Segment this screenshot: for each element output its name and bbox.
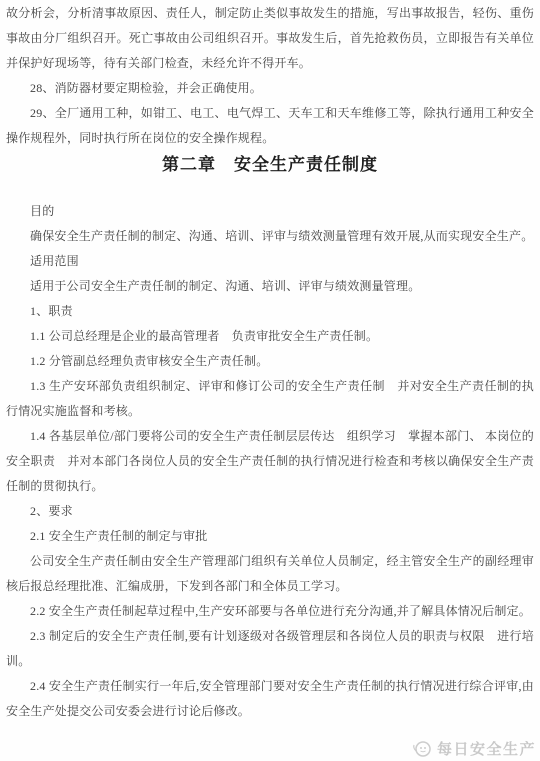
paragraph: 29、全厂通用工种，如钳工、电工、电气焊工、天车工和天车维修工等，除执行通用工种… [6,101,534,151]
paragraph: 适用于公司安全生产责任制的制定、沟通、培训、评审与绩效测量管理。 [6,274,534,299]
paragraph: 故分析会，分析清事故原因、责任人，制定防止类似事故发生的措施，写出事故报告，轻伤… [6,1,534,76]
watermark-label: 每日安全生产 [437,738,536,759]
paragraph: 确保安全生产责任制的制定、沟通、培训、评审与绩效测量管理有效开展,从而实现安全生… [6,224,534,249]
paragraph: 2.2 安全生产责任制起草过程中,生产安环部要与各单位进行充分沟通,并了解具体情… [6,599,534,624]
section-label: 1、职责 [6,299,534,324]
paragraph: 1.1 公司总经理是企业的最高管理者 负责审批安全生产责任制。 [6,324,534,349]
paragraph: 1.2 分管副总经理负责审核安全生产责任制。 [6,349,534,374]
chapter-heading: 第二章 安全生产责任制度 [6,152,534,177]
paragraph: 2.3 制定后的安全生产责任制,要有计划逐级对各级管理层和各岗位人员的职责与权限… [6,624,534,674]
watermark: 每日安全生产 [412,738,536,759]
paragraph: 1.4 各基层单位/部门要将公司的安全生产责任制层层传达 组织学习 掌握本部门、… [6,424,534,499]
paragraph: 2.4 安全生产责任制实行一年后,安全管理部门要对安全生产责任制的执行情况进行综… [6,674,534,724]
section-label: 适用范围 [6,249,534,274]
section-label: 目的 [6,199,534,224]
section-label: 2、要求 [6,499,534,524]
paragraph: 公司安全生产责任制由安全生产管理部门组织有关单位人员制定，经主管安全生产的副经理… [6,549,534,599]
daily-safety-logo-icon [412,739,432,759]
paragraph: 2.1 安全生产责任制的制定与审批 [6,524,534,549]
paragraph: 28、消防器材要定期检验，并会正确使用。 [6,76,534,101]
document-page: 故分析会，分析清事故原因、责任人，制定防止类似事故发生的措施，写出事故报告，轻伤… [0,0,540,761]
paragraph: 1.3 生产安环部负责组织制定、评审和修订公司的安全生产责任制 并对安全生产责任… [6,374,534,424]
